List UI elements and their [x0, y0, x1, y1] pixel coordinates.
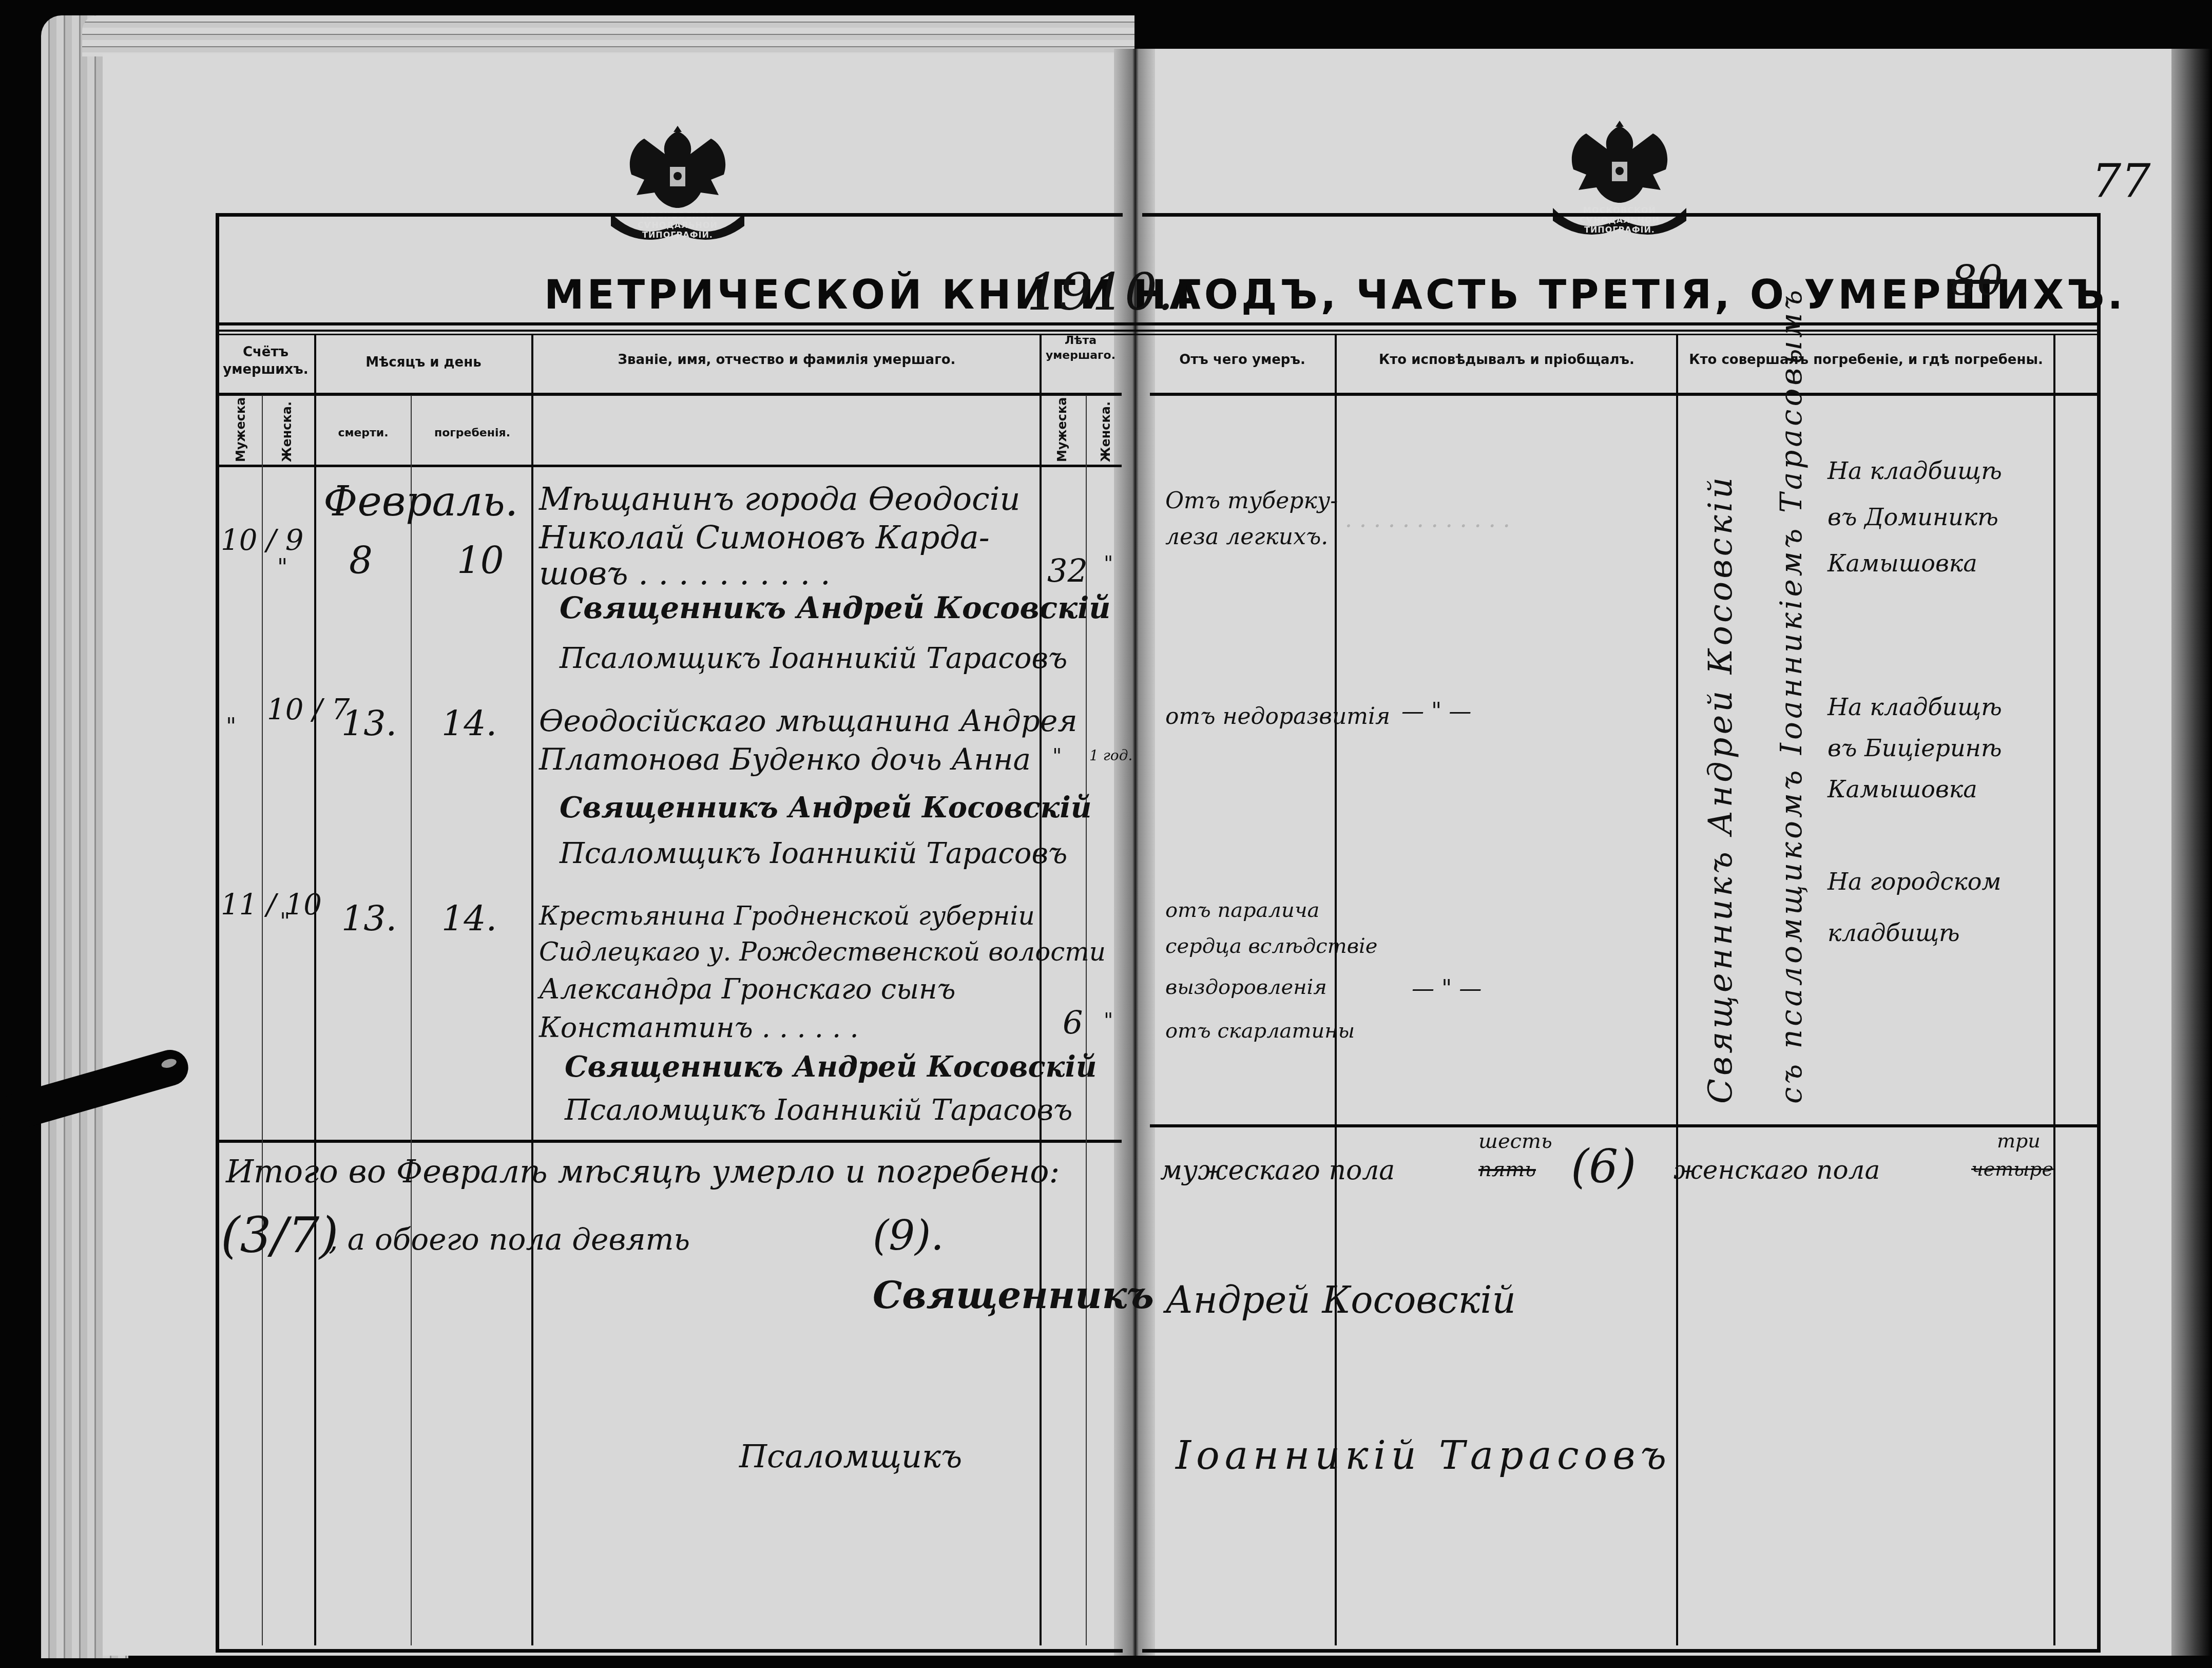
header-bottom-left — [218, 465, 1122, 467]
entry2-burial-place-line2: въ Биціеринѣ — [1828, 734, 2002, 762]
entry2-count-male: " — [226, 714, 236, 740]
entry2-age-female: 1 год. — [1089, 747, 1132, 764]
entry2-burial-day: 14. — [441, 703, 497, 744]
entry1-psalmist-signature: Псаломщикъ Іоанникій Тарасовъ — [560, 642, 1067, 675]
col-divider — [1676, 334, 1678, 1645]
header-age-male: Мужеска. — [1055, 406, 1069, 462]
header-subdivider-left — [218, 393, 1122, 396]
entry2-priest-signature: Священникъ Андрей Косовскій — [560, 791, 1091, 825]
burial-by-psalmist-vertical: съ псаломщикомъ Іоанникіемъ Тарасовымъ — [1774, 436, 1809, 1104]
header-subdivider-right — [1150, 393, 2097, 396]
entry3-burial-day: 14. — [441, 898, 497, 939]
entry2-confessor-ditto: — " — — [1401, 698, 1471, 724]
entry2-name-line2: Платонова Буденко дочь Анна — [539, 742, 1031, 777]
entry1-count-female: " — [277, 554, 287, 581]
summary-rule-left — [218, 1140, 1122, 1143]
entry3-psalmist-signature: Псаломщикъ Іоанникій Тарасовъ — [565, 1094, 1072, 1127]
entry3-burial-place-line2: кладбищѣ — [1828, 919, 1960, 947]
title-year: 1910. — [1027, 262, 1174, 322]
header-burial: погребенія. — [413, 426, 531, 441]
right-page-edge — [2171, 49, 2212, 1656]
entry1-name-line1: Мѣщанинъ города Ѳеодосіи — [539, 480, 1020, 517]
entry3-name-line2: Сидлецкаго у. Рождественской волости — [539, 937, 1106, 967]
entry3-name-line4: Константинъ . . . . . . — [539, 1011, 859, 1044]
page-stack-top-edge — [82, 15, 1134, 56]
entry3-name-line1: Крестьянина Гродненской губерніи — [539, 901, 1035, 931]
folio-number: 77 — [2092, 154, 2151, 208]
entry3-priest-signature: Священникъ Андрей Косовскій — [565, 1050, 1097, 1084]
entry3-age-female: " — [1104, 1009, 1113, 1032]
header-age: Лѣта умершаго. — [1042, 334, 1119, 363]
header-count-male: Мужеска. — [234, 406, 248, 462]
entry1-month: Февраль. — [323, 477, 518, 525]
entry3-confessor-ditto: — " — — [1412, 975, 1482, 1002]
summary-line2-text: , а обоего пола девять — [329, 1222, 690, 1257]
summary-rule-right — [1150, 1124, 2097, 1127]
entry1-cause-line2: леза легкихъ. — [1165, 524, 1328, 550]
header-age-female: Женска. — [1099, 406, 1113, 462]
entry2-count-female: 10 / 7 — [267, 693, 350, 726]
entry2-name-line1: Ѳеодосійскаго мѣщанина Андрея — [539, 703, 1078, 738]
summary-male-prefix: мужескаго пола — [1160, 1155, 1395, 1186]
entry1-burial-place-line1: На кладбищѣ — [1828, 457, 2002, 485]
header-death: смерти. — [316, 426, 411, 441]
entry1-burial-place-line3: Камышовка — [1828, 549, 1977, 577]
closing-priest-label: Священникъ — [873, 1273, 1154, 1317]
entry1-burial-day: 10 — [457, 539, 504, 582]
summary-female-word: три — [1997, 1129, 2041, 1152]
summary-total-paren: (9). — [873, 1212, 944, 1259]
header-cause: Отъ чего умеръ. — [1150, 352, 1335, 369]
header-date: Мѣсяцъ и день — [316, 354, 531, 372]
col-divider — [314, 334, 316, 1645]
entry3-cause-line1: отъ паралича — [1165, 898, 1319, 922]
entry2-death-day: 13. — [341, 703, 397, 744]
title-rule-2 — [218, 330, 2097, 332]
entry3-name-line3: Александра Гронскаго сынъ — [539, 973, 955, 1005]
entry1-cause-line1: Отъ туберку- — [1165, 488, 1338, 514]
entry3-death-day: 13. — [341, 898, 397, 939]
header-count-female: Женска. — [280, 406, 294, 462]
col-divider — [262, 395, 263, 1645]
entry1-name-line2: Николай Симоновъ Карда- — [539, 519, 990, 556]
header-count: Счётъ умершихъ. — [218, 344, 313, 379]
bleed-through-text: · · · · · · · · · · · · — [1345, 513, 1510, 540]
entry1-age-male: 32 — [1047, 552, 1088, 589]
entry1-death-day: 8 — [349, 539, 373, 582]
entry3-count-female: " — [280, 909, 290, 935]
entry2-burial-place-line1: На кладбищѣ — [1828, 693, 2002, 721]
title-rule-3 — [218, 334, 2097, 335]
entry1-burial-place-line2: въ Доминикѣ — [1828, 503, 1998, 531]
entry2-cause-line1: отъ недоразвитія — [1165, 703, 1390, 730]
entry2-burial-place-line3: Камышовка — [1828, 775, 1977, 803]
summary-male-num: (6) — [1571, 1140, 1637, 1194]
entry3-cause-line4: отъ скарлатины — [1165, 1019, 1355, 1043]
entry2-psalmist-signature: Псаломщикъ Іоанникій Тарасовъ — [560, 837, 1067, 870]
col-divider — [1040, 334, 1042, 1645]
col-divider — [2053, 334, 2055, 1645]
entry3-age-male: 6 — [1063, 1004, 1083, 1041]
closing-psalmist-name: Іоанникій Тарасовъ — [1176, 1432, 1671, 1478]
summary-total-num: (3/7) — [221, 1206, 338, 1264]
summary-male-word: шесть — [1478, 1129, 1552, 1153]
header-name: Званіе, имя, отчество и фамилія умершаго… — [534, 352, 1040, 369]
entry1-age-female: " — [1104, 552, 1113, 576]
closing-priest-name: Андрей Косовскій — [1165, 1278, 1516, 1321]
summary-female-prefix: женскаго пола — [1674, 1155, 1880, 1185]
closing-psalmist-label: Псаломщикъ — [739, 1437, 962, 1475]
entry3-cause-line3: выздоровленія — [1165, 975, 1327, 999]
burial-by-priest-vertical: Священникъ Андрей Косовскій — [1702, 436, 1740, 1104]
entry3-cause-line2: сердца вслѣдствіе — [1165, 934, 1377, 958]
entry3-burial-place-line1: На городском — [1828, 868, 2001, 895]
pen-shine — [161, 1057, 178, 1069]
summary-male-word-crossed: пять — [1478, 1158, 1536, 1181]
entry2-age-male: " — [1052, 744, 1062, 768]
page-number-crossed: 80 — [1951, 257, 2003, 304]
summary-line1-left: Итого во Февралѣ мѣсяцѣ умерло и погребе… — [226, 1153, 1060, 1190]
entry1-name-line3: шовъ . . . . . . . . . . — [539, 554, 831, 592]
summary-female-word-crossed: четыре — [1971, 1158, 2053, 1180]
header-burial-by: Кто совершалъ погребеніе, и гдѣ погребен… — [1679, 352, 2053, 369]
entry1-count-male: 10 / 9 — [221, 524, 303, 557]
entry3-count-male: 11 / 10 — [221, 888, 322, 922]
header-confessor: Кто исповѣдывалъ и пріобщалъ. — [1337, 352, 1676, 369]
col-divider — [531, 334, 533, 1645]
entry1-priest-signature: Священникъ Андрей Косовскій — [560, 590, 1110, 625]
title-rule — [218, 322, 2097, 325]
col-divider — [411, 395, 412, 1645]
